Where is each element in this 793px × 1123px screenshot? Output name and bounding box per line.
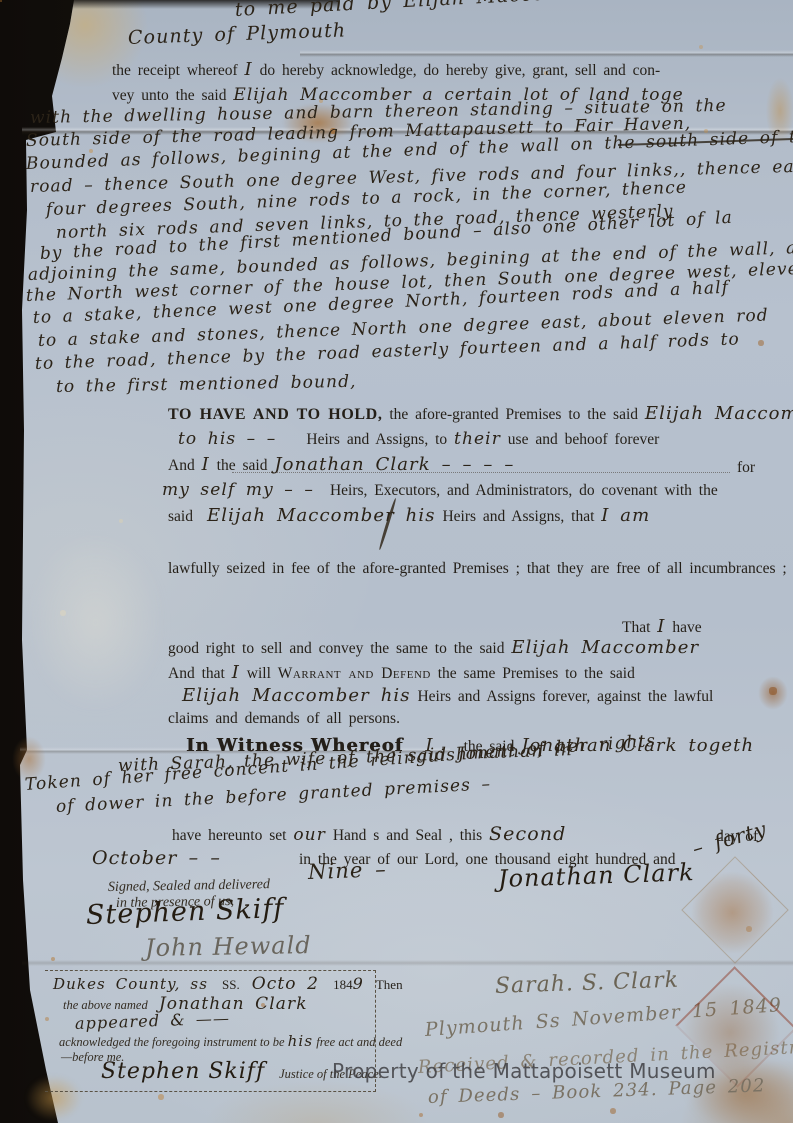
hw-month: October – – bbox=[92, 847, 221, 869]
hw-grantee-name: Elijah Maccomber his bbox=[182, 685, 411, 706]
handwritten-text: my self my – – bbox=[162, 480, 314, 500]
hw-ack-year: 9 bbox=[353, 974, 364, 993]
printed-text: have bbox=[666, 619, 702, 636]
hw-initial-I: I bbox=[202, 454, 210, 475]
hw-initial-I: I bbox=[245, 59, 253, 80]
handwritten-text: our bbox=[293, 825, 326, 845]
printed-text: do hereby acknowledge, do hereby give, g… bbox=[253, 62, 660, 79]
printed-text: 184 bbox=[333, 977, 353, 992]
printed-text: the receipt whereof bbox=[112, 62, 245, 79]
hw-grantor-name: Jonathan Clark – – – – bbox=[274, 454, 514, 475]
printed-text: SS. bbox=[222, 977, 240, 992]
printed-italic-text: acknowledged the foregoing instrument to… bbox=[59, 1035, 288, 1049]
hw-ack-date: Octo 2 bbox=[252, 974, 319, 994]
deed-granting-line: the receipt whereof I do hereby acknowle… bbox=[112, 60, 660, 81]
hw-grantee-name: Elijah Maccombe bbox=[645, 403, 793, 424]
printed-text: And bbox=[168, 457, 202, 474]
printed-heading: TO HAVE AND TO HOLD, bbox=[168, 406, 382, 423]
signature-stephen-skiff-jp: Stephen Skiff bbox=[101, 1059, 265, 1084]
printed-text: the said bbox=[210, 457, 275, 474]
warranty-line: Elijah Maccomber his Heirs and Assigns f… bbox=[182, 686, 713, 707]
attestation-line: Signed, Sealed and delivered bbox=[108, 877, 270, 896]
signature-text: Jonathan Clark bbox=[497, 858, 695, 893]
habendum-line: to his – –Heirs and Assigns, to their us… bbox=[178, 430, 659, 450]
printed-text: use and behoof forever bbox=[501, 431, 659, 448]
signature-witness-2: John Hewald bbox=[145, 932, 312, 962]
right-covenant-line: That I have bbox=[622, 617, 702, 638]
museum-watermark: Property of the Mattapoisett Museum bbox=[332, 1059, 716, 1083]
handwritten-text: I am bbox=[601, 505, 650, 526]
printed-text: Heirs and Assigns, that bbox=[436, 508, 602, 525]
printed-text: said bbox=[168, 508, 193, 525]
document-scan: to me paid by Elijah Maccomber of Roches… bbox=[0, 0, 793, 1123]
seisin-covenant-line: lawfully seized in fee of the afore-gran… bbox=[168, 560, 787, 578]
printed-italic-text: Signed, Sealed and delivered bbox=[108, 877, 270, 895]
hw-grantee-name: Elijah Maccomber bbox=[511, 637, 699, 658]
acknowledgment-box: Dukes County, ssSS.Octo 21849Then the ab… bbox=[45, 970, 376, 1092]
ack-venue-line: Dukes County, ssSS.Octo 21849Then bbox=[53, 975, 403, 995]
printed-text: That bbox=[622, 619, 657, 636]
printed-text: Heirs and Assigns forever, against the l… bbox=[411, 688, 714, 705]
printed-text: Then bbox=[376, 977, 403, 992]
handwritten-text: Second bbox=[489, 823, 566, 845]
hw-his: his bbox=[288, 1032, 313, 1050]
handwritten-text: to his – – bbox=[178, 429, 276, 449]
hw-year-nine: Nine – bbox=[308, 857, 388, 884]
paper-specks bbox=[0, 0, 2, 2]
hw-initial-I: I bbox=[657, 616, 665, 637]
printed-text: the afore-granted Premises to the said bbox=[382, 406, 644, 423]
ack-appeared-line: appeared & —— bbox=[75, 1010, 231, 1034]
printed-text: have hereunto set bbox=[172, 827, 293, 844]
printed-text: will bbox=[240, 665, 278, 682]
hw-initial-I: I bbox=[232, 662, 240, 683]
covenant-line: And I the said Jonathan Clark – – – – bbox=[168, 455, 514, 476]
printed-italic-text: the above named bbox=[63, 998, 151, 1012]
printed-text: Hand s and Seal , this bbox=[326, 827, 489, 844]
handwritten-text: Nine – bbox=[308, 857, 388, 884]
warranty-line: And that I will Warrant and Defend the s… bbox=[168, 663, 635, 684]
printed-text: And that bbox=[168, 665, 232, 682]
printed-text: good right to sell and convey the same t… bbox=[168, 640, 511, 657]
ack-instrument-line: acknowledged the foregoing instrument to… bbox=[59, 1033, 402, 1050]
printed-text: Heirs and Assigns, to bbox=[306, 431, 454, 448]
covenant-line: my self my – –Heirs, Executors, and Admi… bbox=[162, 481, 718, 501]
handwritten-text: appeared & —— bbox=[75, 1009, 231, 1033]
covenant-line: saidElijah Maccomber his Heirs and Assig… bbox=[168, 506, 650, 527]
habendum-line: TO HAVE AND TO HOLD, the afore-granted P… bbox=[168, 404, 793, 425]
printed-text: for bbox=[737, 459, 755, 476]
covenant-line-for: for bbox=[737, 459, 755, 477]
printed-text: vey unto the said bbox=[112, 87, 233, 104]
right-covenant-line: good right to sell and convey the same t… bbox=[168, 638, 699, 659]
handwritten-text: their bbox=[454, 429, 501, 449]
printed-text: the same Premises to the said bbox=[431, 665, 635, 682]
printed-italic-text: free act and deed bbox=[313, 1035, 402, 1049]
hw-county: Dukes County, ss bbox=[53, 975, 208, 993]
warranty-line: claims and demands of all persons. bbox=[168, 710, 400, 728]
signature-text: John Hewald bbox=[145, 931, 312, 962]
printed-smallcaps: Warrant and Defend bbox=[278, 665, 431, 682]
printed-text: lawfully seized in fee of the afore-gran… bbox=[168, 560, 787, 577]
execution-line: have hereunto set our Hand s and Seal , … bbox=[172, 824, 566, 846]
hw-grantee-name: Elijah Maccomber his bbox=[207, 505, 436, 526]
printed-text: Heirs, Executors, and Administrators, do… bbox=[330, 482, 718, 499]
printed-text: claims and demands of all persons. bbox=[168, 710, 400, 727]
